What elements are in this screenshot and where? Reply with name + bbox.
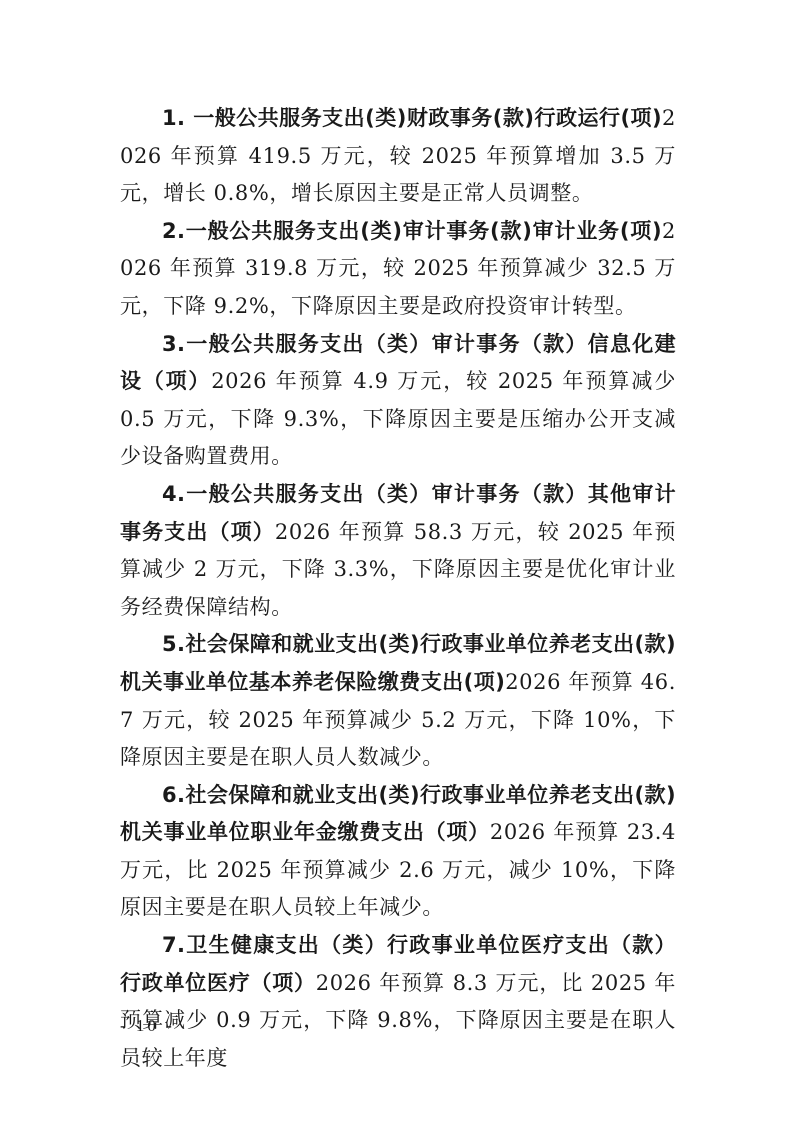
budget-item-5: 5.社会保障和就业支出(类)行政事业单位养老支出(款)机关事业单位基本养老保险缴… [120,626,676,776]
budget-item-7: 7.卫生健康支出（类）行政事业单位医疗支出（款）行政单位医疗（项）2026 年预… [120,927,676,1077]
item-heading: 2.一般公共服务支出(类)审计事务(款)审计业务(项) [162,219,662,243]
page-number: - 10 - [120,1016,175,1036]
item-heading: 1. 一般公共服务支出(类)财政事务(款)行政运行(项) [162,106,662,130]
budget-item-3: 3.一般公共服务支出（类）审计事务（款）信息化建设（项）2026 年预算 4.9… [120,326,676,476]
document-page: 1. 一般公共服务支出(类)财政事务(款)行政运行(项)2026 年预算 419… [120,100,676,1077]
budget-item-1: 1. 一般公共服务支出(类)财政事务(款)行政运行(项)2026 年预算 419… [120,100,676,213]
budget-item-6: 6.社会保障和就业支出(类)行政事业单位养老支出(款)机关事业单位职业年金缴费支… [120,777,676,927]
budget-item-2: 2.一般公共服务支出(类)审计事务(款)审计业务(项)2026 年预算 319.… [120,213,676,326]
budget-item-4: 4.一般公共服务支出（类）审计事务（款）其他审计事务支出（项）2026 年预算 … [120,476,676,626]
